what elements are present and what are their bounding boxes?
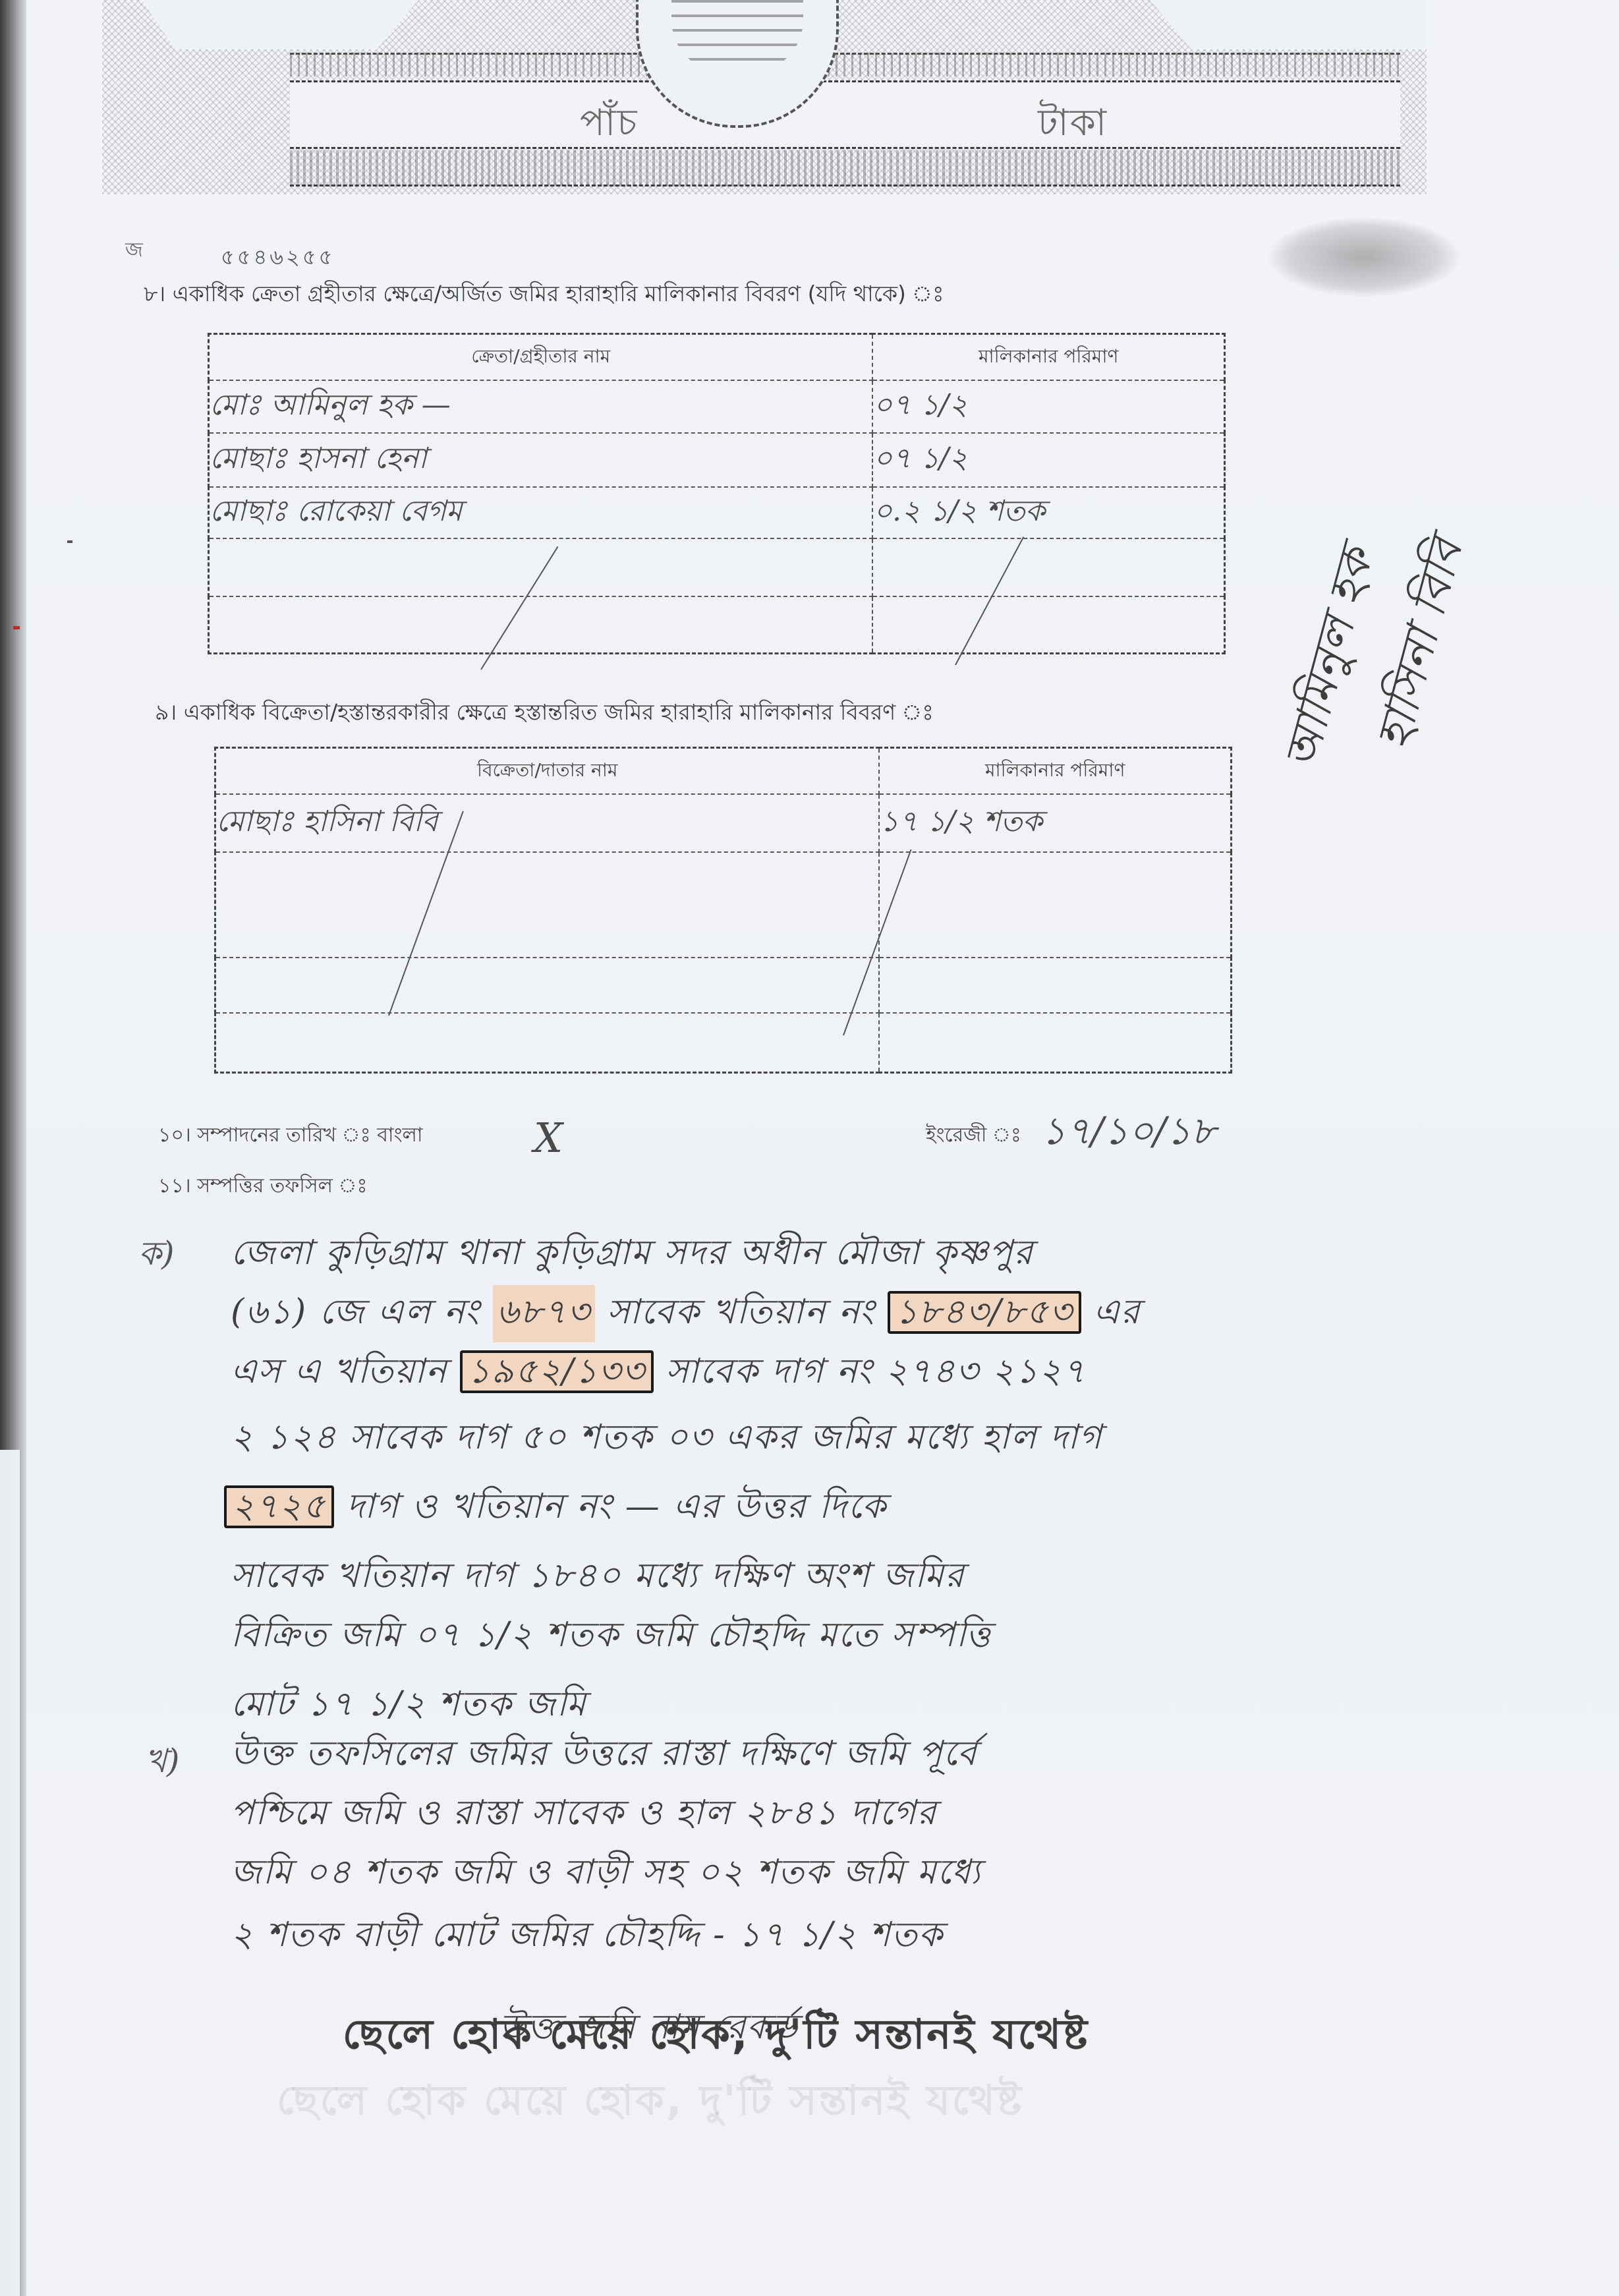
seller-name-cell (215, 852, 880, 958)
highlighted-sa-khatian: ১৯৫২/১৩৩ (460, 1350, 654, 1393)
table-row: মোছাঃ হাসনা হেনা ০৭ ১/২ (209, 433, 1225, 487)
seller-name-cell: মোছাঃ হাসিনা বিবি (215, 794, 880, 852)
seller-name-cell (215, 958, 880, 1013)
share-cell (872, 596, 1224, 653)
column-header-seller-name: বিক্রেতা/দাতার নাম (215, 748, 880, 795)
section-9-heading: ৯। একাধিক বিক্রেতা/হস্তান্তরকারীর ক্ষেত্… (155, 695, 934, 732)
english-date-label: ইংরেজী ঃ (926, 1119, 1021, 1153)
thumbprint-mark (1268, 217, 1460, 297)
table-row: মোছাঃ হাসিনা বিবি ১৭ ১/২ শতক (215, 794, 1232, 852)
buyer-name-cell (209, 538, 873, 596)
footer-slogan: ছেলে হোক মেয়ে হোক, দু'টি সন্তানই যথেষ্ট (343, 2003, 1089, 2071)
highlighted-khatian-number: ১৮৪৩/৮৫৩ (888, 1291, 1081, 1334)
margin-red-mark (13, 626, 20, 629)
share-cell: ০.২ ১/২ শতক (872, 487, 1224, 538)
seller-name-cell (215, 1013, 880, 1072)
column-header-share: মালিকানার পরিমাণ (879, 748, 1231, 795)
highlighted-jl-number: ৬৮৭৩ (493, 1285, 595, 1342)
section-11-label: ১১। সম্পত্তির তফসিল ঃ (158, 1170, 367, 1203)
stamp-lower-border (290, 150, 1400, 187)
note-line: এস এ খতিয়ান ১৯৫২/১৩৩ সাবেক দাগ নং ২৭৪৩ … (231, 1344, 1086, 1402)
stamp-denomination-box: পাঁচ টাকা (290, 80, 1400, 149)
column-header-buyer-name: ক্রেতা/গ্রহীতার নাম (209, 334, 873, 381)
note-line: ২ শতক বাড়ী মোট জমির চৌহদ্দি - ১৭ ১/২ শত… (231, 1908, 944, 1965)
share-cell (879, 958, 1231, 1013)
stamp-upper-border (290, 53, 1400, 76)
table-row (215, 852, 1232, 958)
table-header-row: বিক্রেতা/দাতার নাম মালিকানার পরিমাণ (215, 748, 1232, 795)
note-line: জমি ০৪ শতক জমি ও বাড়ী সহ ০২ শতক জমি মধ্… (231, 1845, 982, 1903)
buyer-name-cell: মোছাঃ রোকেয়া বেগম (209, 487, 873, 538)
note-line: জেলা কুড়িগ্রাম থানা কুড়িগ্রাম সদর অধীন… (231, 1226, 1034, 1283)
highlighted-dag-number: ২৭২৫ (224, 1485, 334, 1528)
serial-prefix: জ (125, 234, 143, 268)
table-row (209, 596, 1225, 653)
column-header-share: মালিকানার পরিমাণ (872, 334, 1224, 381)
note-line: ২৭২৫ দাগ ও খতিয়ান নং — এর উত্তর দিকে (224, 1479, 887, 1537)
note-index: খ) (145, 1736, 179, 1791)
table-row: মোছাঃ রোকেয়া বেগম ০.২ ১/২ শতক (209, 487, 1225, 538)
share-cell (879, 1013, 1231, 1072)
table-row (215, 1013, 1232, 1072)
buyer-name-cell: মোঃ আমিনুল হক — (209, 380, 873, 433)
note-line: পশ্চিমে জমি ও রাস্তা সাবেক ও হাল ২৮৪১ দা… (231, 1786, 937, 1843)
buyer-name-cell: মোছাঃ হাসনা হেনা (209, 433, 873, 487)
margin-dot-mark (67, 540, 72, 543)
share-cell (879, 852, 1231, 958)
share-cell (872, 538, 1224, 596)
stamp-banner: পাঁচ টাকা (102, 0, 1427, 194)
table-row (215, 958, 1232, 1013)
footer-slogan-bleedthrough: ছেলে হোক মেয়ে হোক, দু'টি সন্তানই যথেষ্ট (277, 2069, 1023, 2137)
note-line: সাবেক খতিয়ান দাগ ১৮৪০ মধ্যে দক্ষিণ অংশ … (231, 1549, 965, 1606)
note-line: ২ ১২৪ সাবেক দাগ ৫০ শতক ০৩ একর জমির মধ্যে… (231, 1410, 1102, 1468)
note-line: (৬১) জে এল নং ৬৮৭৩ সাবেক খতিয়ান নং ১৮৪৩… (231, 1285, 1141, 1342)
section-10-label: ১০। সম্পাদনের তারিখ ঃ বাংলা (158, 1119, 423, 1153)
table-row (209, 538, 1225, 596)
table-header-row: ক্রেতা/গ্রহীতার নাম মালিকানার পরিমাণ (209, 334, 1225, 381)
note-line: বিক্রিত জমি ০৭ ১/২ শতক জমি চৌহদ্দি মতে স… (231, 1608, 992, 1665)
note-line: উক্ত তফসিলের জমির উত্তরে রাস্তা দক্ষিণে … (231, 1727, 978, 1784)
bangla-date-value: X (534, 1114, 563, 1162)
note-line: মোট ১৭ ১/২ শতক জমি (231, 1677, 587, 1735)
english-date-value: ১৭/১০/১৮ (1041, 1102, 1216, 1166)
share-cell: ০৭ ১/২ (872, 433, 1224, 487)
section-8-heading: ৮। একাধিক ক্রেতা গ্রহীতার ক্ষেত্রে/অর্জি… (144, 277, 944, 314)
seller-share-table: বিক্রেতা/দাতার নাম মালিকানার পরিমাণ মোছা… (214, 747, 1232, 1074)
buyer-name-cell (209, 596, 873, 653)
serial-number: ৫৫৪৬২৫৫ (221, 241, 335, 276)
scan-left-edge-light (0, 1450, 20, 2296)
share-cell: ১৭ ১/২ শতক (879, 794, 1231, 852)
note-index: ক) (138, 1229, 175, 1284)
buyer-share-table: ক্রেতা/গ্রহীতার নাম মালিকানার পরিমাণ মোঃ… (208, 333, 1226, 654)
stamp-currency-word: টাকা (1038, 94, 1108, 156)
stamp-denomination-word: পাঁচ (580, 94, 638, 156)
table-row: মোঃ আমিনুল হক — ০৭ ১/২ (209, 380, 1225, 433)
share-cell: ০৭ ১/২ (872, 380, 1224, 433)
